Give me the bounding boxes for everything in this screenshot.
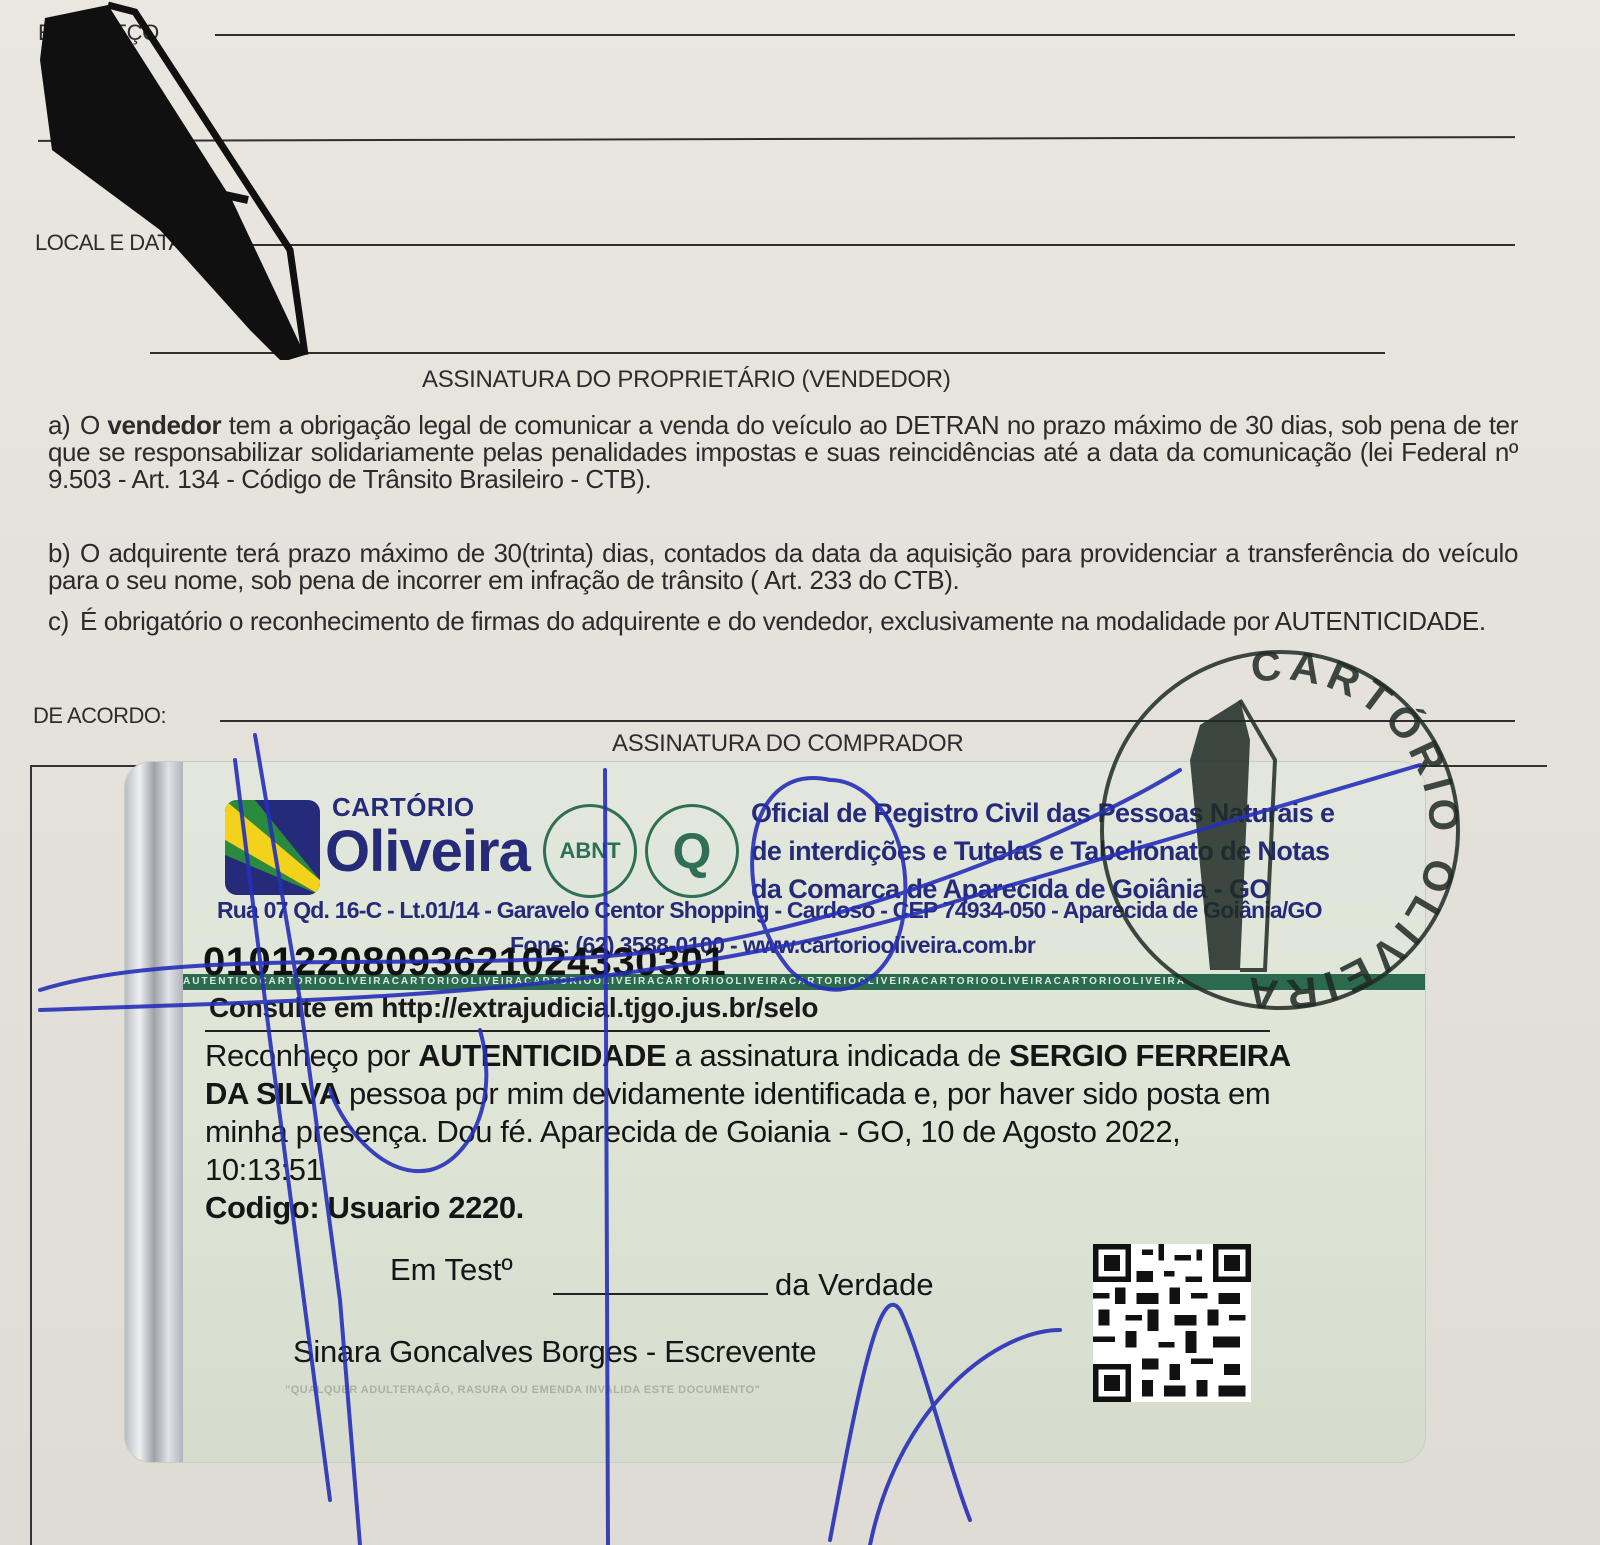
recognition-text: Reconheço por AUTENTICIDADE a assinatura… (205, 1037, 1305, 1227)
selo-number: 01012208093621024330301 (203, 940, 726, 985)
em-testo: Em Testº (390, 1252, 513, 1288)
seller-signature-caption: ASSINATURA DO PROPRIETÁRIO (VENDEDOR) (422, 366, 951, 394)
hologram-strip (125, 762, 183, 1462)
clause-a: a)O vendedor tem a obrigação legal de co… (48, 412, 1518, 493)
consulte-link[interactable]: Consulte em http://extrajudicial.tjgo.ju… (209, 992, 818, 1024)
codigo-usuario: Codigo: Usuario 2220. (205, 1190, 524, 1225)
escrevente-name: Sinara Goncalves Borges - Escrevente (293, 1334, 816, 1370)
clause-a-bold: vendedor (107, 410, 221, 440)
qr-code-icon[interactable] (1093, 1244, 1251, 1402)
de-acordo-label: DE ACORDO: (33, 703, 166, 729)
buyer-signature-caption: ASSINATURA DO COMPRADOR (612, 730, 963, 758)
document-page: ENDEREÇO LOCAL E DATA: ASSINATURA DO PRO… (0, 0, 1600, 1545)
testo-line (553, 1293, 768, 1295)
clause-c: c)É obrigatório o reconhecimento de firm… (48, 608, 1518, 635)
clause-c-letter: c) (48, 608, 80, 635)
da-verdade: da Verdade (775, 1267, 934, 1303)
cartorio-logo-icon (225, 800, 320, 895)
consulte-underline (205, 1030, 1270, 1032)
clause-b: b)O adquirente terá prazo máximo de 30(t… (48, 540, 1518, 594)
cartorio-stamp: CARTÓRIO OLIVEIRA (1090, 640, 1470, 1020)
brand-big: Oliveira (325, 818, 530, 885)
clause-a-letter: a) (48, 412, 80, 439)
adulteration-warning: "QUALQUER ADULTERAÇÃO, RASURA OU EMENDA … (285, 1384, 760, 1396)
redaction-mark (0, 0, 520, 360)
quality-cert-icon: Q (645, 804, 739, 898)
abnt-cert-icon: ABNT (543, 804, 637, 898)
clause-b-letter: b) (48, 540, 80, 567)
